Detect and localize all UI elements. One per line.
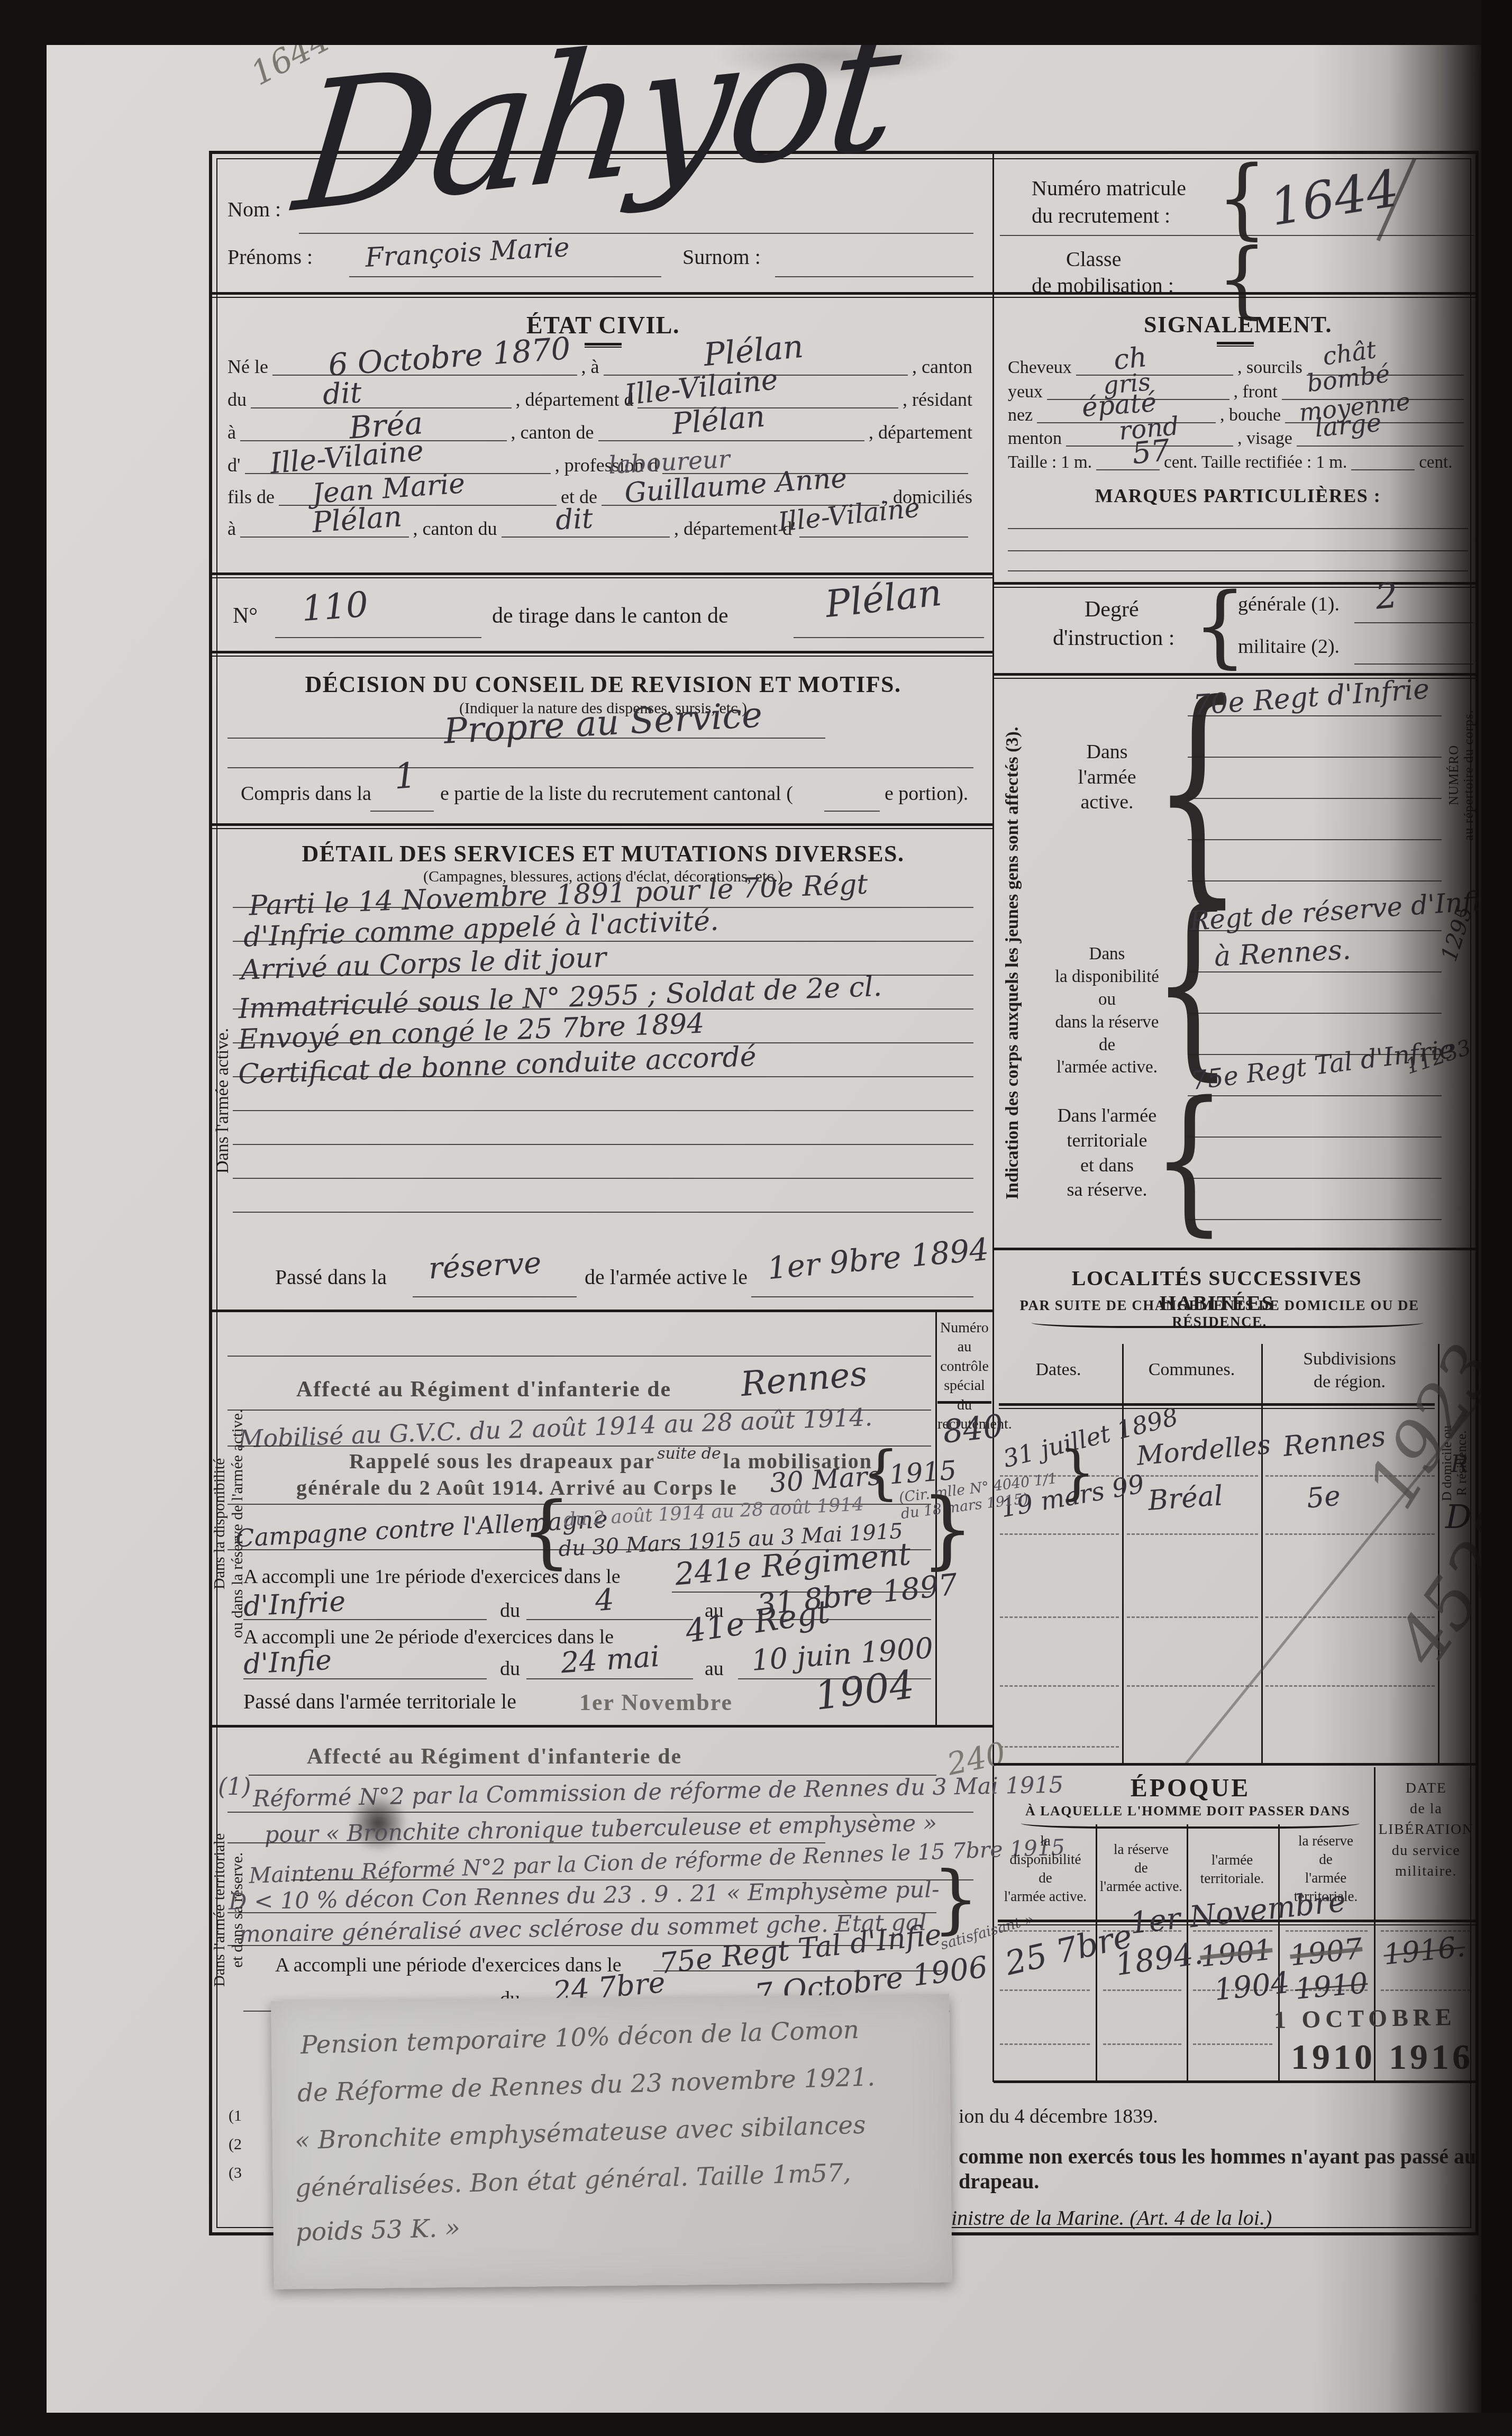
compris-value: 1 (393, 755, 417, 797)
marginal-brace-left: { (862, 1443, 899, 1502)
dispo-affecte-stamp: Affecté au Régiment d'infanterie de (296, 1377, 671, 1402)
compris-line-1 (370, 811, 434, 812)
surnom-label: Surnom : (682, 244, 761, 269)
epoque-dash-2a (1000, 1989, 1090, 1991)
matricule-label-1: Numéro matricule (1032, 176, 1186, 201)
sourcils-label: , sourcils (1237, 358, 1302, 378)
passe-reserve-b: de l'armée active le (585, 1265, 748, 1289)
tirage-no-value: 110 (300, 584, 369, 630)
nez-label: nez (1008, 405, 1033, 425)
periode2-label: A accompli une 2e période d'exercices da… (243, 1625, 614, 1649)
taille-value: 57 (1131, 433, 1172, 471)
tirage-text: de tirage dans le canton de (492, 603, 728, 629)
periode1-du: du (500, 1599, 520, 1622)
terr-passe-stamp: 1er Novembre (579, 1689, 733, 1716)
epoque-dash-2c (1193, 1989, 1272, 1991)
corps-g3-brace: { (1152, 1080, 1226, 1238)
pasted-pension-note: Pension temporaire 10% décon de la Comon… (271, 1994, 952, 2289)
periode1-inf: d'Infrie (243, 1586, 347, 1623)
menton-label: menton (1008, 429, 1062, 449)
campagne-brace-right: } (921, 1487, 974, 1571)
compris-line-2 (824, 811, 880, 812)
ec-canton2: , canton de (511, 421, 594, 443)
dispo-marginal-note: { (Cir. mlle N° 4040 1/1 du 18 mars 1915… (862, 1443, 1096, 1513)
terr-rule-2 (227, 1842, 825, 1843)
ec-a3: à (227, 517, 236, 540)
footnote-text-1: ion du 4 décembre 1839. (959, 2105, 1158, 2128)
epoque-title: ÉPOQUE (1100, 1774, 1280, 1803)
epoque-dash-3c (1193, 2043, 1272, 2045)
periode2-line-b (526, 1678, 693, 1679)
localites-blank-1b (1127, 1616, 1258, 1618)
ec-dept2: , département (869, 421, 972, 443)
note-line-4: généralisées. Bon état général. Taille 1… (295, 2158, 851, 2203)
ec-residant: , résidant (903, 388, 972, 411)
note-line-1: Pension temporaire 10% décon de la Comon (300, 2015, 859, 2060)
services-rule-6 (233, 1076, 973, 1077)
localites-r2-commune: Bréal (1147, 1480, 1224, 1517)
services-rule-5 (233, 1042, 973, 1043)
localites-blank-2b (1127, 1685, 1258, 1687)
ec-a1: , à (581, 356, 599, 378)
corps-side-label: Indication des corps auxquels les jeunes… (1003, 685, 1032, 1241)
passe-reserve-a: Passé dans la (275, 1265, 387, 1289)
ec-canton-value: dit (322, 376, 362, 411)
rappele-insert: suite de (657, 1444, 721, 1463)
tirage-line-2 (794, 637, 984, 638)
ec-canton3: , canton du (413, 517, 497, 540)
note-line-5: poids 53 K. » (295, 2213, 460, 2247)
localites-r2-line-b (1127, 1533, 1258, 1535)
book-gutter-shading (1312, 45, 1481, 2413)
compris-c: e portion). (885, 782, 968, 805)
line-fill (598, 440, 865, 441)
nom-label: Nom : (227, 197, 281, 222)
dispo-side-label: Dans la disponibilité ou dans la réserve… (211, 1344, 238, 1704)
periode2-line-a (243, 1678, 487, 1679)
epoque-col-2: la réserve de l'armée active. (1099, 1840, 1183, 1896)
epoque-col-3: l'armée territoriale. (1190, 1851, 1274, 1888)
corps-g2-label: Dans la disponibilité ou dans la réserve… (1050, 943, 1164, 1079)
services-rule-1 (233, 907, 973, 908)
marginal-brace-right: } (1059, 1443, 1096, 1502)
periode1-label: A accompli une 1re période d'exercices d… (243, 1565, 621, 1588)
localites-blank-1a (1000, 1616, 1119, 1618)
footnote-marker-2: (2 (229, 2135, 242, 2153)
periode1-line-a (243, 1619, 487, 1620)
terr-affecte-stamp: Affecté au Régiment d'infanterie de (307, 1744, 682, 1769)
services-rule-3 (233, 975, 973, 976)
prenoms-label: Prénoms : (227, 244, 313, 269)
compris-b: e partie de la liste du recrutement cant… (440, 782, 793, 805)
services-rule-10 (233, 1212, 973, 1213)
services-rule-8 (233, 1144, 973, 1145)
photo-left-band (0, 0, 47, 2436)
degre-label-1: Degré (1085, 597, 1139, 622)
tirage-bottom-rule (209, 651, 992, 657)
visage-label: , visage (1237, 429, 1292, 449)
decision-line-1 (227, 738, 825, 739)
ctrl-rule (937, 1401, 991, 1404)
photo-right-band (1481, 0, 1512, 2436)
prenoms-line (349, 276, 661, 277)
photo-top-band (0, 0, 1512, 45)
header-bottom-rule (209, 292, 1479, 298)
ec-d: d' (227, 454, 241, 476)
ec-domicile: Plélan (311, 499, 403, 539)
epoque-dash-3a (1000, 2043, 1090, 2045)
line-fill (1076, 375, 1233, 376)
periode2-du-value: 24 mai (560, 1640, 661, 1680)
degre-label-2: d'instruction : (1053, 625, 1174, 651)
periode2-du: du (500, 1657, 520, 1680)
front-label: , front (1234, 382, 1278, 402)
localites-r2-line-a (1000, 1533, 1119, 1535)
passe-line-2 (751, 1296, 973, 1297)
dispo-rule-0 (227, 1356, 931, 1357)
compris-bottom-rule (209, 823, 992, 829)
localites-col-dates: Dates. (999, 1360, 1118, 1380)
signalement-ornament (1217, 342, 1254, 347)
note-line-2: de Réforme de Rennes du 23 novembre 1921… (297, 2062, 876, 2107)
ec-dom-canton: dit (554, 503, 594, 537)
taille-label: Taille : 1 m. (1008, 453, 1092, 472)
ec-du: du (227, 388, 247, 411)
cheveux-label: Cheveux (1008, 358, 1072, 378)
terr-marker: (1) (218, 1774, 251, 1801)
ec-ne-le: Né le (227, 356, 268, 378)
periode1-du-value: 4 (594, 1583, 615, 1618)
classe-brace: { (1217, 237, 1267, 321)
corps-g3-label: Dans l'armée territoriale et dans sa rés… (1053, 1103, 1161, 1202)
footnote-marker-1: (1 (229, 2107, 242, 2125)
services-side-label: Dans l'armée active. (213, 878, 238, 1323)
line-fill (799, 537, 968, 538)
epoque-dash-3b (1103, 2043, 1181, 2045)
rappele-stamp-a: Rappelé sous les drapeaux par (349, 1449, 655, 1473)
note-line-3: « Bronchite emphysémateuse avec sibilanc… (294, 2111, 866, 2156)
epoque-dash-1a (1000, 1930, 1090, 1932)
localites-blank-3a (1000, 1746, 1119, 1748)
services-rule-4 (233, 1008, 973, 1010)
ec-dept3: , département d' (674, 517, 795, 540)
ec-canton1: , canton (912, 356, 972, 378)
footnote-marker-3: (3 (229, 2164, 242, 2182)
bouche-label: , bouche (1220, 405, 1281, 425)
dispo-bottom-rule (209, 1725, 992, 1728)
line-fill (502, 537, 670, 538)
localites-col-communes: Communes. (1127, 1360, 1256, 1380)
epoque-dash-2b (1103, 1989, 1181, 1991)
services-rule-9 (233, 1178, 973, 1179)
photo-bottom-band (0, 2413, 1512, 2436)
epoque-div-3 (1278, 1824, 1280, 2082)
tirage-no-label: N° (233, 603, 258, 629)
yeux-label: yeux (1008, 382, 1043, 402)
services-rule-2 (233, 941, 973, 942)
dispo-rule-2 (227, 1446, 931, 1447)
localites-r1-line-b (1127, 1475, 1258, 1477)
corps-g1-label: Dans l'armée active. (1053, 740, 1161, 815)
matricule-label-2: du recrutement : (1032, 203, 1170, 228)
localites-blank-2a (1000, 1685, 1119, 1687)
ec-a2: à (227, 421, 236, 443)
epoque-swash (1021, 1818, 1360, 1829)
decision-line-2 (227, 767, 973, 768)
services-title: DÉTAIL DES SERVICES ET MUTATIONS DIVERSE… (233, 840, 973, 867)
epoque-col-1: la disponibilité de l'armée active. (998, 1832, 1093, 1906)
ec-fils: fils de (227, 486, 275, 508)
scanned-military-register-page: 1644 Dahyot Nom : Prénoms : François Mar… (0, 0, 1512, 2436)
ec-line-3: à , canton de , département (227, 421, 972, 443)
footnote-text-3: inistre de la Marine. (Art. 4 de la loi.… (951, 2205, 1272, 2230)
terr-passe-label: Passé dans l'armée territoriale le (243, 1689, 516, 1714)
surnom-line (775, 276, 973, 277)
dispo-rappele-line-2: générale du 2 Août 1914. Arrivé au Corps… (296, 1475, 737, 1500)
epoque-dash-1b (1103, 1930, 1181, 1932)
passe-reserve-value: réserve (427, 1246, 542, 1286)
passe-line-1 (413, 1296, 577, 1297)
services-bottom-rule (209, 1310, 992, 1312)
ec-dept1: , département d (516, 388, 634, 411)
epoque-dash-1c (1193, 1930, 1272, 1932)
classe-label-1: Classe (1066, 247, 1121, 271)
compris-a: Compris dans la (241, 782, 371, 805)
nom-line (299, 233, 973, 234)
periode1-line-b (526, 1619, 693, 1620)
periode2-au: au (705, 1657, 724, 1680)
matricule-brace: { (1217, 155, 1267, 242)
services-rule-7 (233, 1110, 973, 1111)
tirage-line-1 (275, 637, 481, 638)
periode2-inf: d'Infie (243, 1644, 333, 1681)
etat-civil-ornament (585, 343, 622, 348)
